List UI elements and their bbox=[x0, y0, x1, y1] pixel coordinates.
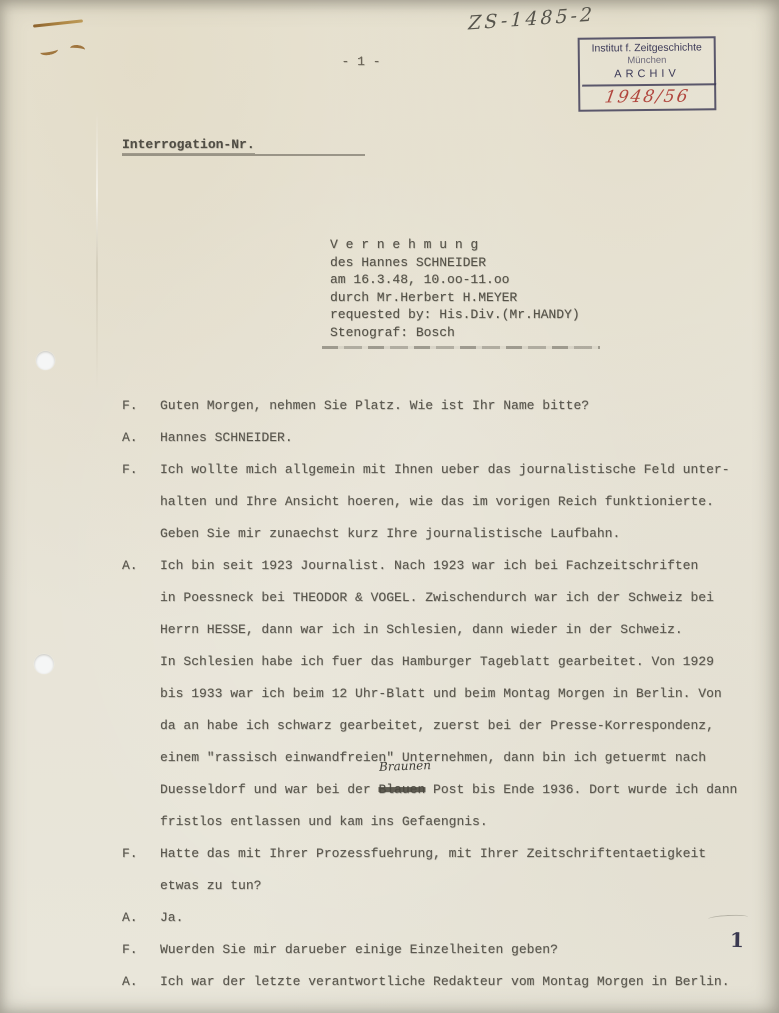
speaker-label: F. bbox=[122, 390, 160, 422]
page-number-top: - 1 - bbox=[338, 54, 384, 69]
transcript-line: Geben Sie mir zunaechst kurz Ihre journa… bbox=[160, 518, 762, 550]
hole-punch-bottom bbox=[34, 654, 54, 674]
transcript-line: In Schlesien habe ich fuer das Hamburger… bbox=[160, 646, 762, 678]
scanned-document-page: - 1 - ZS-1485-2 Institut f. Zeitgeschich… bbox=[0, 0, 779, 1013]
handwritten-correction: Braunen bbox=[379, 758, 431, 774]
corrected-word-wrap: BlauenBraunen bbox=[378, 774, 425, 806]
entry-lines: Ich wollte mich allgemein mit Ihnen uebe… bbox=[160, 454, 762, 550]
session-datetime: am 16.3.48, 10.oo-11.oo bbox=[330, 271, 580, 289]
stamp-archive-number: 1948/56 bbox=[578, 83, 716, 109]
entry-lines: Guten Morgen, nehmen Sie Platz. Wie ist … bbox=[160, 390, 762, 422]
session-requested-by: requested by: His.Div.(Mr.HANDY) bbox=[330, 306, 580, 324]
transcript-line: halten und Ihre Ansicht hoeren, wie das … bbox=[160, 486, 762, 518]
transcript-line: Ich war der letzte verantwortliche Redak… bbox=[160, 966, 762, 998]
speaker-label: A. bbox=[122, 550, 160, 582]
session-subject: des Hannes SCHNEIDER bbox=[330, 254, 580, 272]
stamp-institution-line3: ARCHIV bbox=[580, 66, 714, 84]
transcript-line: Ich wollte mich allgemein mit Ihnen uebe… bbox=[160, 454, 762, 486]
transcript-line: Duesseldorf und war bei der BlauenBraune… bbox=[160, 774, 762, 806]
speaker-label: A. bbox=[122, 422, 160, 454]
speaker-label: F. bbox=[122, 838, 160, 870]
rust-mark-right bbox=[70, 44, 86, 54]
entry-lines: Ja. bbox=[160, 902, 762, 934]
transcript-line: einem "rassisch einwandfreien" Unternehm… bbox=[160, 742, 762, 774]
transcript-entry: F.Guten Morgen, nehmen Sie Platz. Wie is… bbox=[122, 390, 762, 422]
transcript: F.Guten Morgen, nehmen Sie Platz. Wie is… bbox=[122, 390, 762, 998]
transcript-line: Hannes SCHNEIDER. bbox=[160, 422, 762, 454]
transcript-line: Herrn HESSE, dann war ich in Schlesien, … bbox=[160, 614, 762, 646]
transcript-entry: F.Wuerden Sie mir darueber einige Einzel… bbox=[122, 934, 762, 966]
entry-lines: Ich bin seit 1923 Journalist. Nach 1923 … bbox=[160, 550, 762, 838]
transcript-line: Ich bin seit 1923 Journalist. Nach 1923 … bbox=[160, 550, 762, 582]
speaker-label: A. bbox=[122, 966, 160, 998]
corrected-line-before: Duesseldorf und war bei der bbox=[160, 782, 378, 797]
interrogation-number-field: Interrogation-Nr. bbox=[122, 135, 365, 156]
transcript-entry: A.Ja. bbox=[122, 902, 762, 934]
session-title: V e r n e h m u n g bbox=[330, 236, 580, 254]
session-header: V e r n e h m u n g des Hannes SCHNEIDER… bbox=[330, 236, 580, 341]
transcript-entry: A.Hannes SCHNEIDER. bbox=[122, 422, 762, 454]
transcript-entry: A.Ich bin seit 1923 Journalist. Nach 192… bbox=[122, 550, 762, 838]
handwritten-reference: ZS-1485-2 bbox=[468, 4, 596, 35]
session-interrogator: durch Mr.Herbert H.MEYER bbox=[330, 289, 580, 307]
entry-lines: Wuerden Sie mir darueber einige Einzelhe… bbox=[160, 934, 762, 966]
entry-lines: Hatte das mit Ihrer Prozessfuehrung, mit… bbox=[160, 838, 762, 902]
transcript-entry: A.Ich war der letzte verantwortliche Red… bbox=[122, 966, 762, 998]
rust-mark-left bbox=[39, 45, 58, 56]
transcript-line: bis 1933 war ich beim 12 Uhr-Blatt und b… bbox=[160, 678, 762, 710]
entry-lines: Hannes SCHNEIDER. bbox=[160, 422, 762, 454]
transcript-line: da an habe ich schwarz gearbeitet, zuers… bbox=[160, 710, 762, 742]
transcript-line: Wuerden Sie mir darueber einige Einzelhe… bbox=[160, 934, 762, 966]
typed-divider-line bbox=[322, 346, 600, 349]
transcript-line: fristlos entlassen und kam ins Gefaengni… bbox=[160, 806, 762, 838]
speaker-label: A. bbox=[122, 902, 160, 934]
transcript-line: Hatte das mit Ihrer Prozessfuehrung, mit… bbox=[160, 838, 762, 870]
hole-punch-top bbox=[36, 351, 55, 370]
paper-crease bbox=[96, 110, 98, 390]
transcript-line: etwas zu tun? bbox=[160, 870, 762, 902]
entry-lines: Ich war der letzte verantwortliche Redak… bbox=[160, 966, 762, 998]
corrected-line-after: Post bis Ende 1936. Dort wurde ich dann bbox=[425, 782, 737, 797]
session-stenographer: Stenograf: Bosch bbox=[330, 324, 580, 342]
page-number-bottom: 1 bbox=[730, 928, 744, 952]
transcript-line: in Poessneck bei THEODOR & VOGEL. Zwisch… bbox=[160, 582, 762, 614]
stamp-institution-line1: Institut f. Zeitgeschichte bbox=[580, 38, 714, 55]
rust-mark-streak bbox=[33, 19, 83, 27]
transcript-line: Ja. bbox=[160, 902, 762, 934]
strikethrough-word: Blauen bbox=[378, 782, 425, 797]
stamp-institution-line2: München bbox=[580, 54, 714, 67]
transcript-entry: F.Ich wollte mich allgemein mit Ihnen ue… bbox=[122, 454, 762, 550]
speaker-label: F. bbox=[122, 934, 160, 966]
speaker-label: F. bbox=[122, 454, 160, 486]
archive-stamp: Institut f. Zeitgeschichte München ARCHI… bbox=[578, 36, 717, 111]
interrogation-number-label: Interrogation-Nr. bbox=[122, 137, 255, 154]
transcript-entry: F.Hatte das mit Ihrer Prozessfuehrung, m… bbox=[122, 838, 762, 902]
transcript-line: Guten Morgen, nehmen Sie Platz. Wie ist … bbox=[160, 390, 762, 422]
